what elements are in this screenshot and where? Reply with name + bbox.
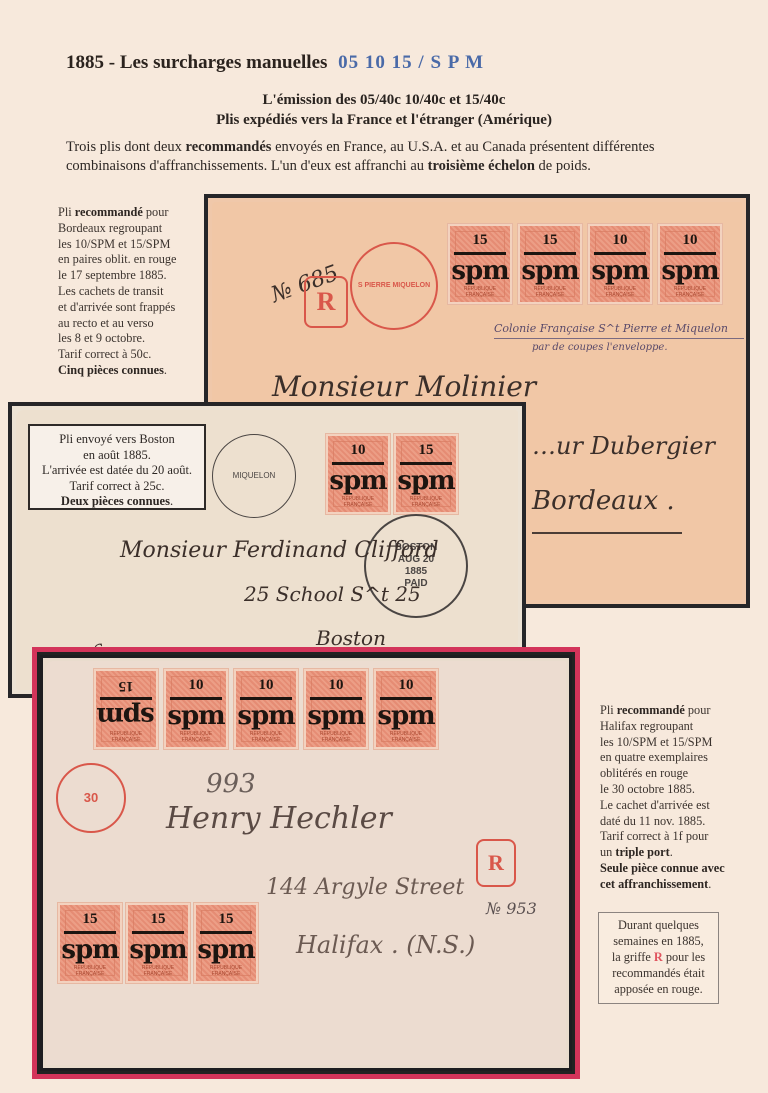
- stamp: 10spmREPUBLIQUE FRANÇAISE: [234, 669, 298, 749]
- subtitle-destinations: Plis expédiés vers la France et l'étrang…: [0, 110, 768, 130]
- stamp: 10spmREPUBLIQUE FRANÇAISE: [658, 224, 722, 304]
- stamp: 10spmREPUBLIQUE FRANÇAISE: [588, 224, 652, 304]
- title-accent: 05 10 15 / S P M: [338, 52, 484, 73]
- postmark-saint-pierre-red: 30: [56, 763, 126, 833]
- caption-bordeaux: Pli recommandé pourBordeaux regroupantle…: [58, 205, 208, 379]
- address-line-1: Henry Hechler: [166, 801, 392, 836]
- registration-number: № 953: [486, 899, 537, 918]
- stamp: 10spmREPUBLIQUE FRANÇAISE: [374, 669, 438, 749]
- cover-halifax-frame: 15spmREPUBLIQUE FRANÇAISE10spmREPUBLIQUE…: [40, 655, 572, 1071]
- stamp: 15spmREPUBLIQUE FRANÇAISE: [58, 903, 122, 983]
- registration-r-mark-red: R: [476, 839, 516, 887]
- stamp: 15spmREPUBLIQUE FRANÇAISE: [448, 224, 512, 304]
- postmark-miquelon: MIQUELON: [212, 434, 296, 518]
- stamp: 15spmREPUBLIQUE FRANÇAISE: [518, 224, 582, 304]
- stamp-block-halifax-top: 15spmREPUBLIQUE FRANÇAISE10spmREPUBLIQUE…: [94, 667, 494, 753]
- subtitle-issue: L'émission des 05/40c 10/40c et 15/40c: [0, 90, 768, 110]
- stamp: 10spmREPUBLIQUE FRANÇAISE: [326, 434, 390, 514]
- address-line-2: …ur Dubergier: [532, 432, 715, 460]
- intro-paragraph: Trois plis dont deux recommandés envoyés…: [66, 138, 726, 176]
- address-line-1: Monsieur Ferdinand Clifford: [120, 538, 439, 563]
- red-r-letter: R: [654, 950, 663, 964]
- envelope-halifax: 15spmREPUBLIQUE FRANÇAISE10spmREPUBLIQUE…: [46, 661, 566, 1065]
- address-line-2: 144 Argyle Street: [266, 875, 464, 900]
- postmark-saint-pierre: S PIERRE MIQUELON: [350, 242, 438, 330]
- stamp: 10spmREPUBLIQUE FRANÇAISE: [164, 669, 228, 749]
- title-text: 1885 - Les surcharges manuelles: [66, 52, 327, 73]
- stamp: 15spmREPUBLIQUE FRANÇAISE: [194, 903, 258, 983]
- address-line-3: Halifax . (N.S.): [296, 931, 475, 959]
- page-title: 1885 - Les surcharges manuelles 05 10 15…: [66, 52, 484, 74]
- annotation-enveloppe: par de coupes l'enveloppe.: [532, 342, 668, 353]
- address-line-2: 25 School S^t 25: [244, 582, 421, 606]
- stamp: 10spmREPUBLIQUE FRANÇAISE: [304, 669, 368, 749]
- stamp: 15spmREPUBLIQUE FRANÇAISE: [394, 434, 458, 514]
- stamp: 15spmREPUBLIQUE FRANÇAISE: [126, 903, 190, 983]
- caption-halifax: Pli recommandé pourHalifax regroupantles…: [600, 703, 765, 893]
- note-red-r: Durant quelques semaines en 1885, la gri…: [598, 912, 719, 1004]
- address-line-1: Monsieur Molinier: [272, 370, 536, 403]
- address-line-3: Bordeaux .: [532, 486, 675, 516]
- stamp-block-bordeaux: 15spmREPUBLIQUE FRANÇAISE15spmREPUBLIQUE…: [448, 222, 748, 308]
- caption-boston: Pli envoyé vers Bostonen août 1885.L'arr…: [28, 424, 206, 510]
- stamp-block-boston: 10spmREPUBLIQUE FRANÇAISE15spmREPUBLIQUE…: [326, 432, 476, 518]
- registration-r-mark: R: [304, 276, 348, 328]
- stamp-block-halifax-bottom: 15spmREPUBLIQUE FRANÇAISE15spmREPUBLIQUE…: [58, 901, 278, 987]
- annotation-colonie: Colonie Française S^t Pierre et Miquelon: [494, 322, 728, 335]
- stamp: 15spmREPUBLIQUE FRANÇAISE: [94, 669, 158, 749]
- cover-halifax: 15spmREPUBLIQUE FRANÇAISE10spmREPUBLIQUE…: [32, 647, 580, 1079]
- annotation-993: 993: [206, 769, 256, 799]
